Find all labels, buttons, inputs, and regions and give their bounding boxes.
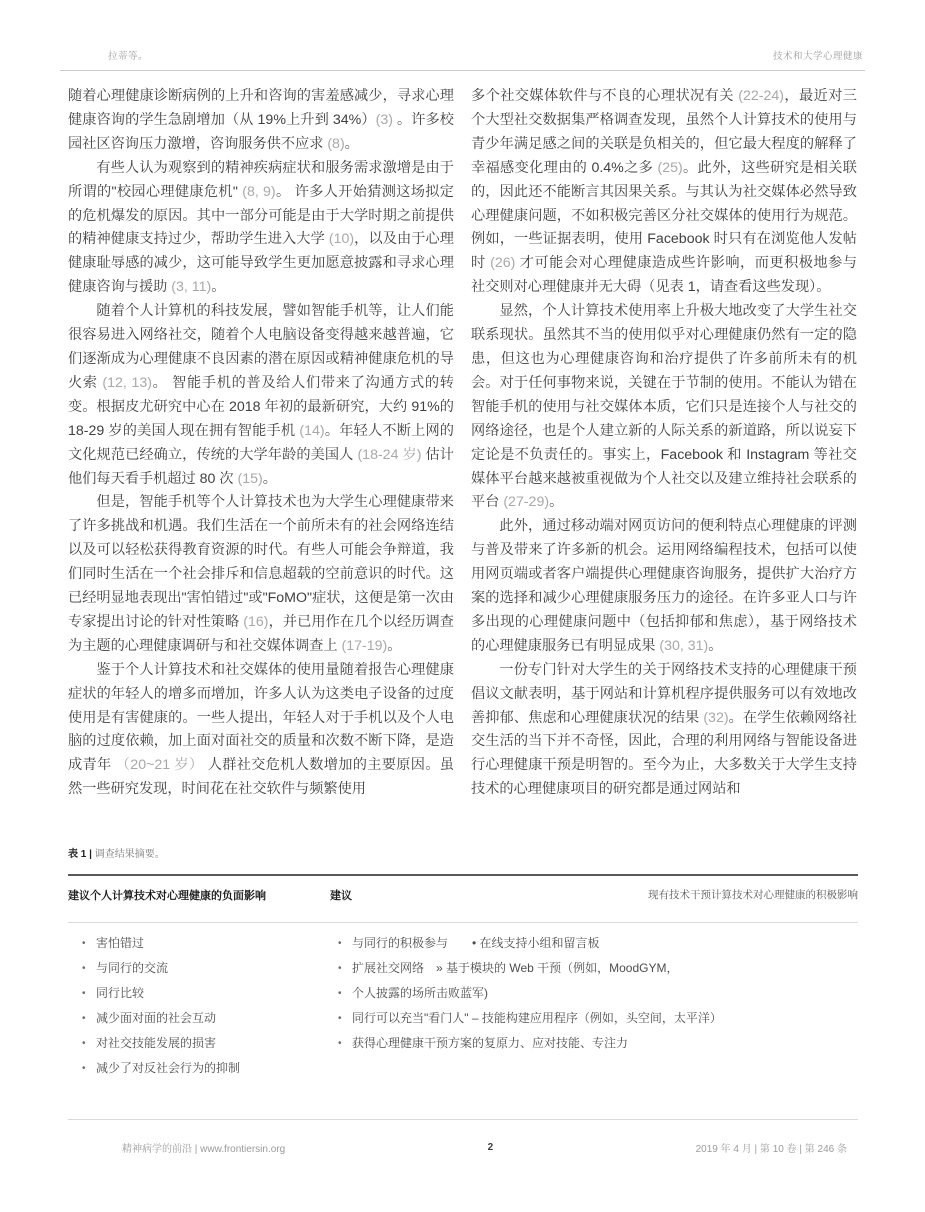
- table-list-item-text: 害怕错过: [96, 936, 144, 950]
- table-caption-label: 表 1 |: [68, 849, 92, 860]
- table-list-item: •个人披露的场所击败蓝军): [330, 981, 858, 1006]
- table-list-item: •对社交技能发展的损害: [68, 1031, 330, 1056]
- table-list-item: •害怕错过: [68, 931, 330, 956]
- citation: (26): [490, 255, 515, 271]
- paragraph: 鉴于个人计算技术和社交媒体的使用量随着报告心理健康症状的年轻人的增多而增加，许多…: [68, 659, 454, 802]
- table-list-item-text: 同行比较: [96, 986, 144, 1000]
- text-run: 多个社交媒体软件与不良的心理状况有关: [471, 88, 738, 104]
- text-run: 。: [345, 136, 359, 152]
- table-list-item-text: 同行可以充当"看门人" – 技能构建应用程序（例如，头空间，太平洋）: [352, 1011, 722, 1025]
- paragraph: 一份专门针对大学生的关于网络技术支持的心理健康干预倡议文献表明，基于网站和计算机…: [471, 659, 857, 802]
- bullet-icon: •: [82, 1056, 86, 1081]
- citation: (25): [657, 160, 682, 176]
- text-run: 。: [263, 471, 277, 487]
- table-list-item-text: 减少面对面的社会互动: [96, 1011, 216, 1025]
- text-run: 但是，智能手机等个人计算技术也为大学生心理健康带来了许多挑战和机遇。我们生活在一…: [68, 494, 454, 630]
- table-header-row: 建议个人计算技术对心理健康的负面影响 建议 现有技术干预计算技术对心理健康的积极…: [68, 874, 858, 922]
- citation: (12, 13): [102, 375, 152, 391]
- paragraph: 但是，智能手机等个人计算技术也为大学生心理健康带来了许多挑战和机遇。我们生活在一…: [68, 491, 454, 658]
- table-list-item-text: 扩展社交网络 » 基于模块的 Web 干预（例如，MoodGYM，: [352, 961, 679, 975]
- recommendations-list: •与同行的积极参与 • 在线支持小组和留言板•扩展社交网络 » 基于模块的 We…: [330, 931, 858, 1081]
- bullet-icon: •: [82, 981, 86, 1006]
- paragraph: 显然，个人计算技术使用率上升极大地改变了大学生社交联系现状。虽然其不当的使用似乎…: [471, 300, 857, 515]
- running-head-title: 技术和大学心理健康: [773, 48, 863, 62]
- page-number: 2: [488, 1142, 494, 1153]
- table-list-item-text: 个人披露的场所击败蓝军): [352, 986, 488, 1000]
- text-run: 此外，通过移动端对网页访问的便利特点心理健康的评测与普及带来了许多新的机会。运用…: [471, 518, 857, 654]
- bullet-icon: •: [338, 1006, 342, 1031]
- table-header-recommendations: 建议: [330, 887, 648, 903]
- bullet-icon: •: [338, 1031, 342, 1056]
- table-caption: 表 1 | 调查结果摘要。: [68, 845, 858, 860]
- text-run: 。: [708, 638, 722, 654]
- citation: (32): [703, 710, 728, 726]
- bullet-icon: •: [82, 956, 86, 981]
- left-column: 随着心理健康诊断病例的上升和咨询的害羞感减少，寻求心理健康咨询的学生急剧增加（从…: [68, 85, 454, 802]
- journal-name: 精神病学的前沿 | www.frontiersin.org: [122, 1140, 285, 1155]
- citation: (15): [237, 471, 262, 487]
- page-header: 拉蒂等。 技术和大学心理健康: [60, 48, 865, 71]
- text-run: 显然，个人计算技术使用率上升极大地改变了大学生社交联系现状。虽然其不当的使用似乎…: [471, 303, 857, 510]
- citation: (8): [327, 136, 344, 152]
- citation: (3): [376, 112, 393, 128]
- citation: (17-19): [342, 638, 388, 654]
- paper-page: 拉蒂等。 技术和大学心理健康 随着心理健康诊断病例的上升和咨询的害羞感减少，寻求…: [0, 0, 925, 1212]
- bullet-icon: •: [338, 931, 342, 956]
- bullet-icon: •: [338, 956, 342, 981]
- table-body: •害怕错过•与同行的交流•同行比较•减少面对面的社会互动•对社交技能发展的损害•…: [68, 922, 858, 1120]
- table-list-item: •同行比较: [68, 981, 330, 1006]
- bullet-icon: •: [82, 931, 86, 956]
- table-header-positive-effects: 现有技术干预计算技术对心理健康的积极影响: [648, 887, 858, 902]
- table-header-negative-effects: 建议个人计算技术对心理健康的负面影响: [68, 887, 330, 903]
- table-caption-text: 调查结果摘要。: [92, 849, 165, 860]
- citation: (14): [299, 423, 324, 439]
- table-list-item: •获得心理健康干预方案的复原力、应对技能、专注力: [330, 1031, 858, 1056]
- table-list-item-text: 与同行的积极参与 • 在线支持小组和留言板: [352, 936, 600, 950]
- table-list-item-text: 获得心理健康干预方案的复原力、应对技能、专注力: [352, 1036, 628, 1050]
- issue-info: 2019 年 4 月 | 第 10 卷 | 第 246 条: [696, 1140, 847, 1155]
- paragraph: 随着心理健康诊断病例的上升和咨询的害羞感减少，寻求心理健康咨询的学生急剧增加（从…: [68, 85, 454, 157]
- citation: （20~21 岁）: [116, 757, 204, 773]
- citation: (27-29): [503, 494, 549, 510]
- citation: (8, 9): [242, 184, 275, 200]
- citation: (3, 11): [171, 279, 211, 295]
- table-list-item: •扩展社交网络 » 基于模块的 Web 干预（例如，MoodGYM，: [330, 956, 858, 981]
- page-footer: 精神病学的前沿 | www.frontiersin.org 2 2019 年 4…: [60, 1140, 865, 1155]
- citation: (22-24): [738, 88, 784, 104]
- text-run: 才可能会对心理健康造成些许影响，而更积极地参与社交则对心理健康并无大碍（见表 1…: [471, 255, 857, 295]
- bullet-icon: •: [338, 981, 342, 1006]
- table-list-item: •同行可以充当"看门人" – 技能构建应用程序（例如，头空间，太平洋）: [330, 1006, 858, 1031]
- text-run: 。: [211, 279, 225, 295]
- paragraph: 此外，通过移动端对网页访问的便利特点心理健康的评测与普及带来了许多新的机会。运用…: [471, 515, 857, 658]
- negative-effects-list: •害怕错过•与同行的交流•同行比较•减少面对面的社会互动•对社交技能发展的损害•…: [68, 931, 330, 1081]
- running-head-author: 拉蒂等。: [108, 48, 148, 62]
- citation: (18-24 岁): [357, 447, 421, 463]
- citation: (16): [243, 614, 268, 630]
- table-list-item-text: 与同行的交流: [96, 961, 168, 975]
- table-list-item: •与同行的交流: [68, 956, 330, 981]
- table-list-item: •与同行的积极参与 • 在线支持小组和留言板: [330, 931, 858, 956]
- paragraph: 多个社交媒体软件与不良的心理状况有关 (22-24)，最近对三个大型社交数据集严…: [471, 85, 857, 300]
- table-list-item-text: 对社交技能发展的损害: [96, 1036, 216, 1050]
- paragraph: 有些人认为观察到的精神疾病症状和服务需求激增是由于所谓的"校园心理健康危机" (…: [68, 157, 454, 300]
- citation: (30, 31): [659, 638, 708, 654]
- citation: (10): [329, 231, 354, 247]
- text-run: 。: [549, 494, 563, 510]
- bullet-icon: •: [82, 1031, 86, 1056]
- table-list-item: •减少面对面的社会互动: [68, 1006, 330, 1031]
- article-body: 随着心理健康诊断病例的上升和咨询的害羞感减少，寻求心理健康咨询的学生急剧增加（从…: [68, 85, 858, 802]
- table-section: 表 1 | 调查结果摘要。 建议个人计算技术对心理健康的负面影响 建议 现有技术…: [68, 845, 858, 1120]
- right-column: 多个社交媒体软件与不良的心理状况有关 (22-24)，最近对三个大型社交数据集严…: [471, 85, 857, 802]
- table-list-item: •减少了对反社会行为的抑制: [68, 1056, 330, 1081]
- table-list-item-text: 减少了对反社会行为的抑制: [96, 1061, 240, 1075]
- paragraph: 随着个人计算机的科技发展，譬如智能手机等，让人们能很容易进入网络社交，随着个人电…: [68, 300, 454, 491]
- text-run: 。: [387, 638, 401, 654]
- bullet-icon: •: [82, 1006, 86, 1031]
